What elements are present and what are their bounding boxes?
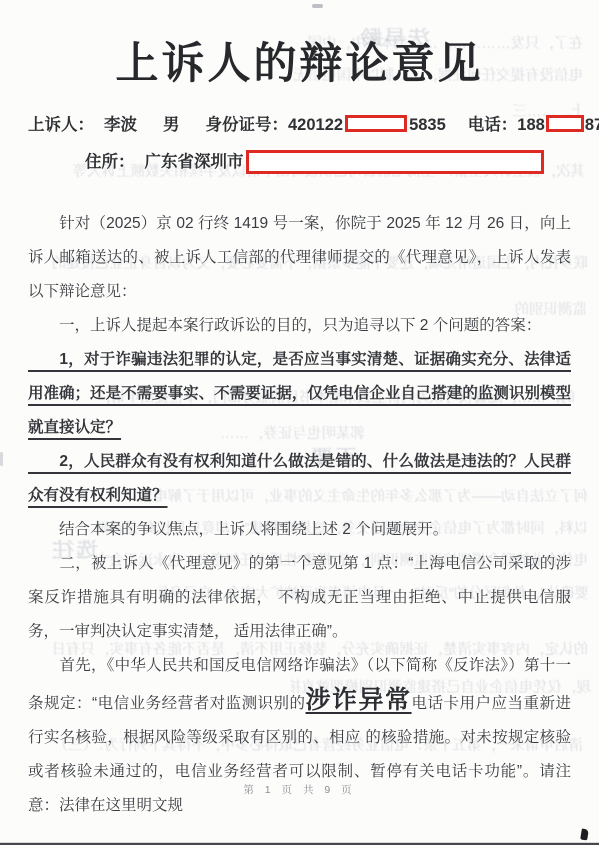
document-title: 上诉人的辩论意见 [28,30,571,91]
address-visible: 广东省深圳市 [145,153,244,171]
para-question-1: 1，对于诈骗违法犯罪的认定，是否应当事实清楚、证据确实充分、法律适用准确；还是不… [28,343,571,445]
phone-suffix: 871 [585,116,599,134]
address-line: 住所：广东省深圳市 [28,144,599,181]
para-focus: 结合本案的争议焦点，上诉人将围绕上述 2 个问题展开。 [28,513,571,547]
phone-prefix: 188 [517,116,545,134]
id-number-suffix: 5835 [409,116,446,134]
law-citation-highlight: 涉诈异常 [306,686,412,714]
scan-edge-bottom [0,843,599,845]
id-number-prefix: 420122 [288,116,343,134]
document-body: 针对（2025）京 02 行终 1419 号一案，你院于 2025 年 12 月… [28,207,571,823]
scan-mark-left-edge [0,452,3,466]
address-label: 住所： [85,153,135,171]
para-purpose: 一，上诉人提起本案行政诉讼的目的，只为追寻以下 2 个问题的答案： [28,309,571,343]
scanned-document-page: 在了，只发…………，……关本案中，中国 法早龄 电信没有提交任何证据，……制以中… [0,0,599,847]
para-opinion-quote: 二，被上诉人《代理意见》的第一个意见第 1 点：“上海电信公司采取的涉案反诈措施… [28,547,571,649]
appellant-header: 上诉人：李波男身份证号：4201225835电话：188871 住所：广东省深圳… [28,107,599,181]
para-case-reference: 针对（2025）京 02 行终 1419 号一案，你院于 2025 年 12 月… [28,207,571,309]
redaction-box-phone [546,115,584,132]
appellant-label: 上诉人： [28,116,94,134]
page-number: 第 1 页 共 9 页 [0,782,599,797]
scan-speck-bottom-right [580,829,589,841]
scan-speck-top [312,4,323,8]
id-number-label: 身份证号： [206,116,289,134]
appellant-info-line: 上诉人：李波男身份证号：4201225835电话：188871 [28,107,599,144]
appellant-name: 李波 [104,116,137,134]
redaction-box-id [345,115,407,132]
redaction-box-address [246,150,544,174]
phone-label: 电话： [468,116,518,134]
appellant-gender: 男 [163,116,180,134]
para-question-2: 2，人民群众有没有权利知道什么做法是错的、什么做法是违法的？人民群众有没有权利知… [28,445,571,513]
